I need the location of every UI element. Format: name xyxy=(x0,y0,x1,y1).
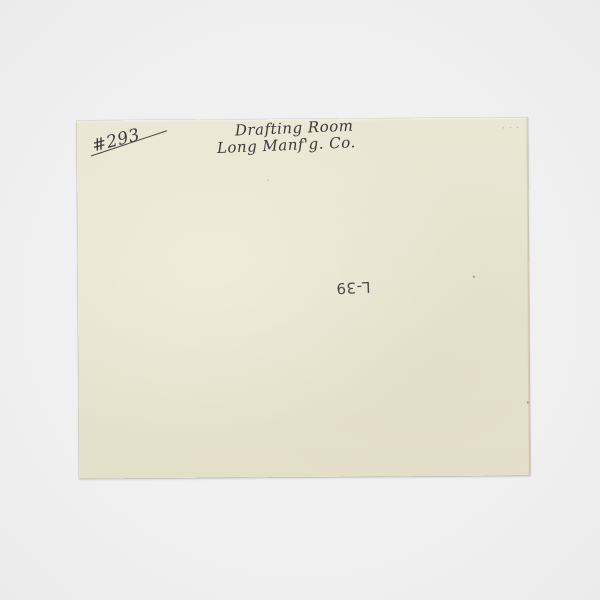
inventory-mark-annotation: L-39 xyxy=(336,278,371,297)
paper-speck xyxy=(527,401,529,403)
paper-speck xyxy=(473,276,475,278)
photo-print-back: #293 Drafting Room Long Manf'g. Co. · · … xyxy=(77,117,530,478)
paper-speck xyxy=(267,179,269,181)
faint-corner-stamp: · · · xyxy=(502,123,520,132)
